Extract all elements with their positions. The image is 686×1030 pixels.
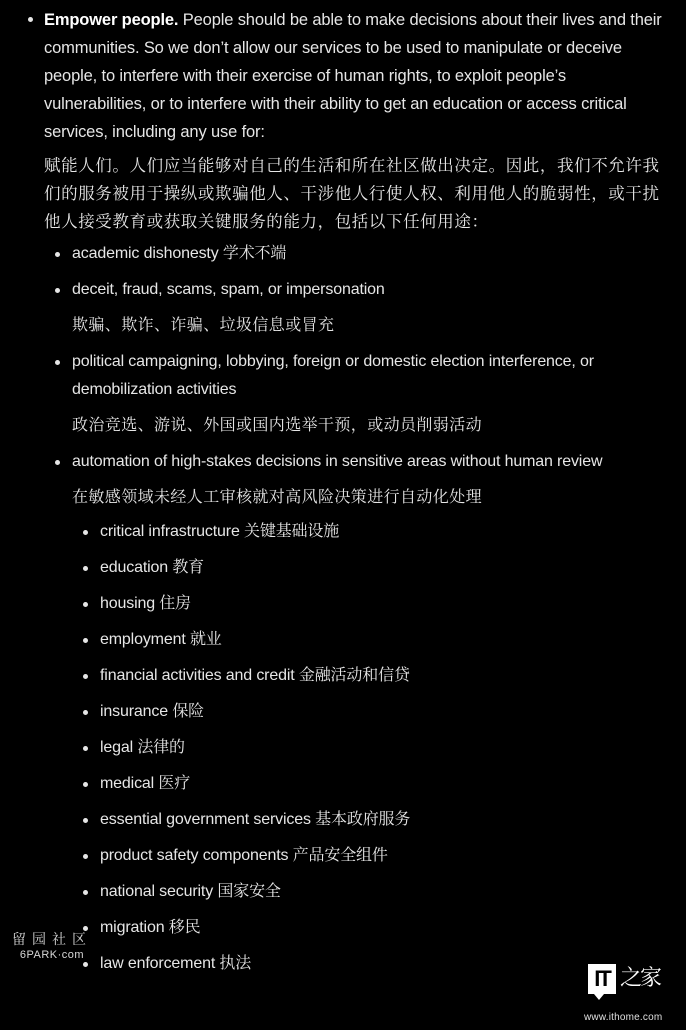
policy-list: Empower people. People should be able to… — [0, 0, 686, 986]
bullet-icon — [55, 460, 60, 465]
list-item: employment 就业 — [72, 626, 664, 662]
area-label: education 教育 — [100, 559, 204, 576]
watermark-6park: 留园社区 6PARK·com — [10, 932, 94, 962]
ithome-logo-icon: IT — [588, 964, 616, 994]
watermark-6park-cn: 留园社区 — [10, 932, 94, 948]
item-en: political campaigning, lobbying, foreign… — [72, 348, 664, 404]
list-item: deceit, fraud, scams, spam, or impersona… — [44, 276, 664, 340]
area-label: legal 法律的 — [100, 739, 185, 756]
policy-document: Empower people. People should be able to… — [0, 0, 686, 994]
list-item: housing 住房 — [72, 590, 664, 626]
bullet-icon — [83, 854, 88, 859]
bullet-icon — [83, 602, 88, 607]
list-item: migration 移民 — [72, 914, 664, 950]
section-heading: Empower people. — [44, 11, 178, 29]
item-en: automation of high-stakes decisions in s… — [72, 448, 664, 476]
sensitive-areas-list: critical infrastructure 关键基础设施 education… — [72, 518, 664, 986]
bullet-icon — [83, 818, 88, 823]
bullet-icon — [83, 674, 88, 679]
list-item: automation of high-stakes decisions in s… — [44, 448, 664, 986]
area-label: housing 住房 — [100, 595, 191, 612]
bullet-icon — [83, 710, 88, 715]
area-label: critical infrastructure 关键基础设施 — [100, 523, 339, 540]
bullet-icon — [55, 252, 60, 257]
item-zh: 欺骗、欺诈、诈骗、垃圾信息或冒充 — [72, 312, 664, 340]
bullet-icon — [83, 566, 88, 571]
bullet-icon — [83, 638, 88, 643]
bullet-icon — [83, 782, 88, 787]
watermark-6park-en: 6PARK·com — [10, 948, 94, 962]
area-label: essential government services 基本政府服务 — [100, 811, 410, 828]
list-item: national security 国家安全 — [72, 878, 664, 914]
bullet-icon — [83, 962, 88, 967]
list-item: financial activities and credit 金融活动和信贷 — [72, 662, 664, 698]
area-label: national security 国家安全 — [100, 883, 281, 900]
ithome-url: www.ithome.com — [584, 1012, 662, 1023]
bullet-icon — [55, 288, 60, 293]
prohibited-uses-list: academic dishonesty 学术不端 deceit, fraud, … — [44, 240, 664, 986]
list-item: legal 法律的 — [72, 734, 664, 770]
item-en: deceit, fraud, scams, spam, or impersona… — [72, 276, 664, 304]
area-label: law enforcement 执法 — [100, 955, 251, 972]
list-item: academic dishonesty 学术不端 — [44, 240, 664, 268]
bullet-icon — [83, 530, 88, 535]
list-item: medical 医疗 — [72, 770, 664, 806]
intro-en-text: People should be able to make decisions … — [44, 11, 662, 141]
list-item: essential government services 基本政府服务 — [72, 806, 664, 842]
area-label: financial activities and credit 金融活动和信贷 — [100, 667, 410, 684]
item-zh: 政治竞选、游说、外国或国内选举干预，或动员削弱活动 — [72, 412, 664, 440]
bullet-icon — [28, 17, 33, 22]
list-item: political campaigning, lobbying, foreign… — [44, 348, 664, 440]
list-item: critical infrastructure 关键基础设施 — [72, 518, 664, 554]
item-en: academic dishonesty 学术不端 — [72, 240, 664, 268]
bullet-icon — [55, 360, 60, 365]
area-label: insurance 保险 — [100, 703, 204, 720]
intro-en: Empower people. People should be able to… — [44, 6, 664, 146]
bullet-icon — [83, 926, 88, 931]
bullet-icon — [83, 890, 88, 895]
intro-zh: 赋能人们。人们应当能够对自己的生活和所在社区做出决定。因此，我们不允许我们的服务… — [44, 152, 664, 236]
area-label: medical 医疗 — [100, 775, 190, 792]
list-item: product safety components 产品安全组件 — [72, 842, 664, 878]
area-label: employment 就业 — [100, 631, 222, 648]
ithome-logo-cn: 之家 — [620, 964, 660, 994]
list-item: insurance 保险 — [72, 698, 664, 734]
list-item: law enforcement 执法 — [72, 950, 664, 986]
policy-item-empower-people: Empower people. People should be able to… — [0, 0, 686, 986]
area-label: migration 移民 — [100, 919, 200, 936]
bullet-icon — [83, 746, 88, 751]
area-label: product safety components 产品安全组件 — [100, 847, 388, 864]
list-item: education 教育 — [72, 554, 664, 590]
item-zh: 在敏感领域未经人工审核就对高风险决策进行自动化处理 — [72, 484, 664, 512]
